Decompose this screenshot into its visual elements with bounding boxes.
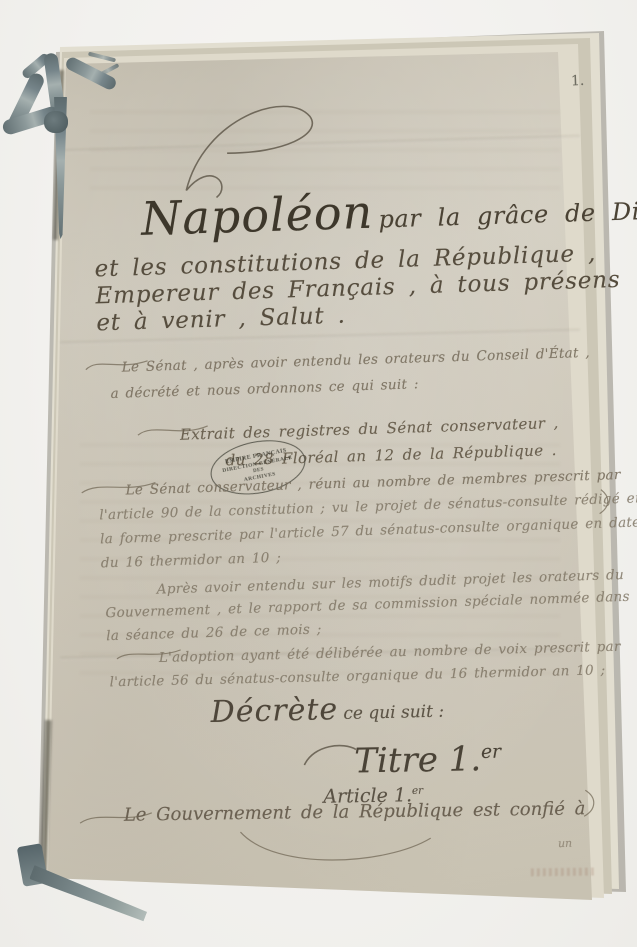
titre-heading: Titre 1.er <box>354 739 502 782</box>
calligraphic-flourish <box>597 487 612 515</box>
calligraphic-flourish <box>300 739 359 771</box>
senat-intro-line: a décrété et nous ordonnons ce qui suit … <box>110 376 419 402</box>
adoption-line: L'adoption ayant été délibérée au nombre… <box>159 639 621 666</box>
calligraphic-flourish <box>581 788 598 818</box>
heading-word-napoleon: Napoléon <box>140 185 374 246</box>
faint-inscription <box>531 868 595 877</box>
senat-intro-line: Le Sénat , après avoir entendu les orate… <box>122 345 591 376</box>
decrete-word: Décrète <box>210 692 338 730</box>
decrete-rest: ce qui suit : <box>343 702 444 724</box>
conservateur-line: du 16 thermidor an 10 ; <box>101 550 282 572</box>
calligraphic-flourish <box>234 819 475 875</box>
page-content: 1. Napoléon par la grâce de Dieu et les … <box>40 39 632 902</box>
titre-ordinal: er <box>481 742 501 763</box>
article-ordinal: er <box>412 785 423 797</box>
page-number: 1. <box>571 73 585 89</box>
extrait-line: Extrait des registres du Sénat conservat… <box>180 414 559 444</box>
calligraphic-flourish <box>169 86 332 201</box>
titre-label: Titre 1. <box>354 739 482 781</box>
photo-background: 1. Napoléon par la grâce de Dieu et les … <box>0 0 637 947</box>
catchword: un <box>558 837 573 850</box>
adoption-line: l'article 56 du sénatus-consulte organiq… <box>109 662 605 690</box>
decrete-line: Décrète ce qui suit : <box>210 690 444 730</box>
heading-line-1-rest: par la grâce de Dieu <box>378 196 637 233</box>
entendu-line: la séance du 26 de ce mois ; <box>106 621 322 644</box>
